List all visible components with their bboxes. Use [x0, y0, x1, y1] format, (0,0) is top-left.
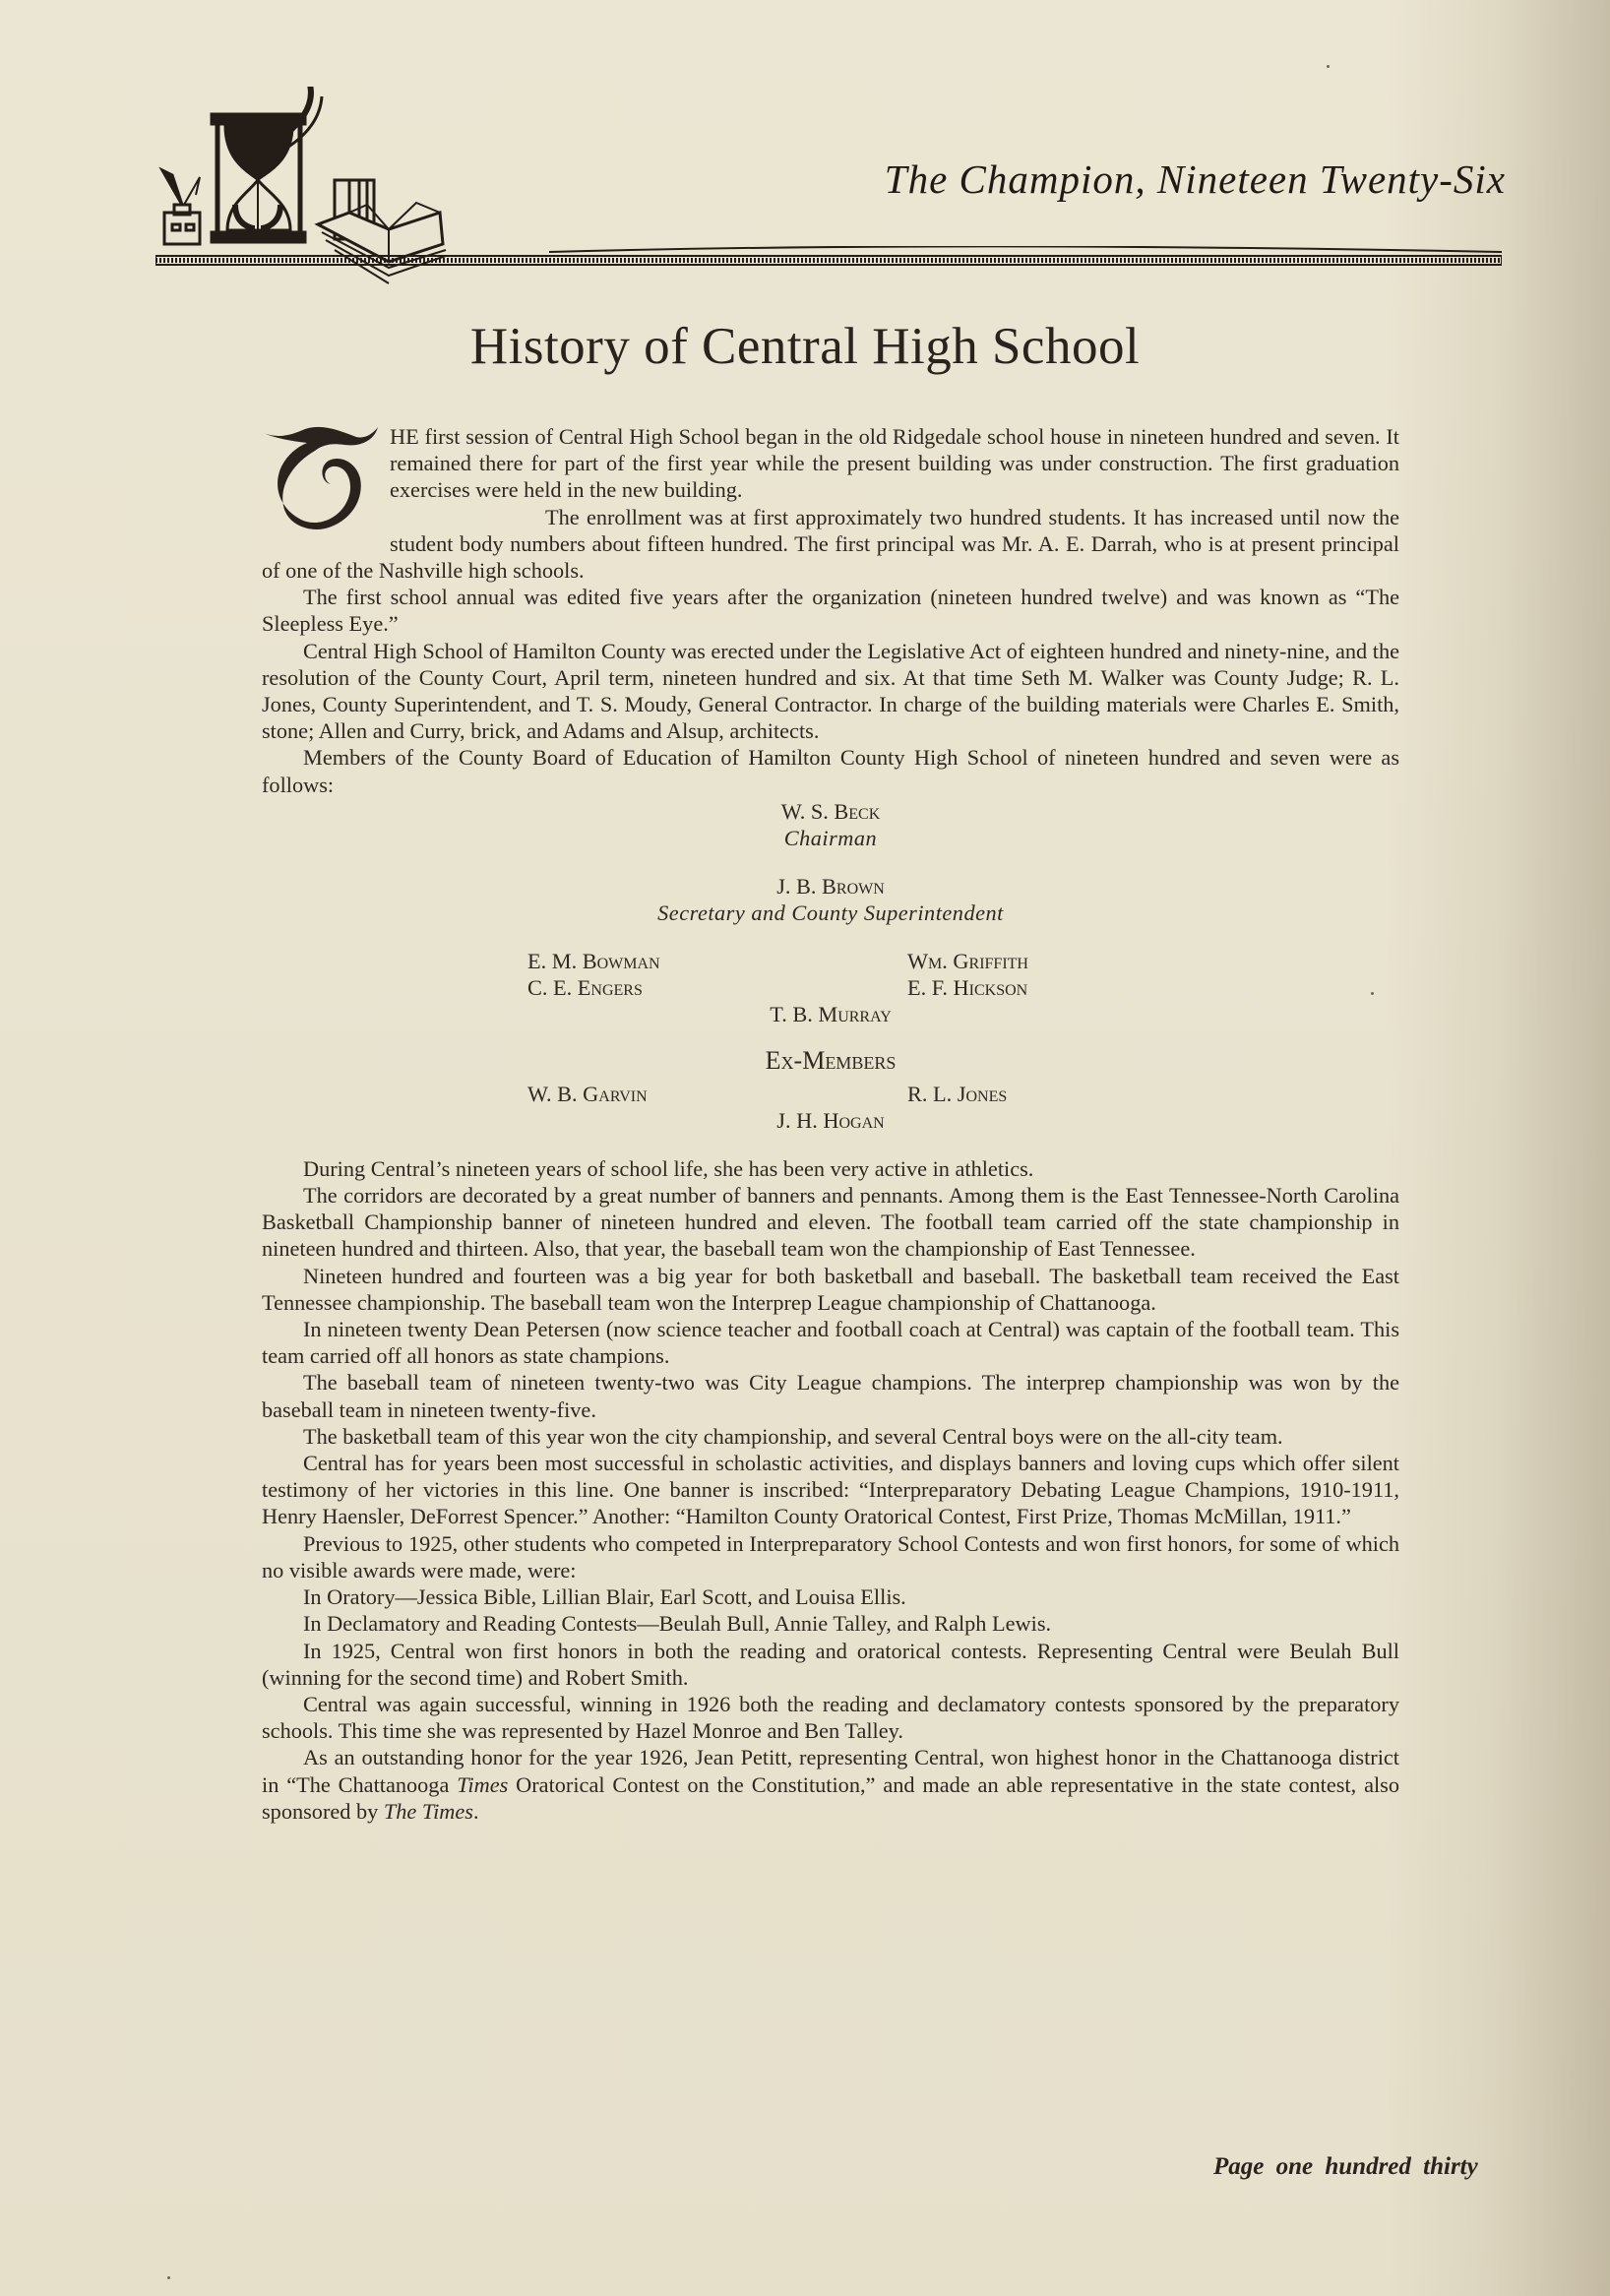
member-name: E. F. Hickson	[907, 974, 1027, 1001]
paragraph: During Central’s nineteen years of schoo…	[262, 1155, 1399, 1182]
paper-speck	[167, 2276, 170, 2279]
paragraph: The first school annual was edited five …	[262, 584, 1399, 637]
paragraph: Previous to 1925, other students who com…	[262, 1530, 1399, 1583]
header-rule-divider	[155, 246, 1502, 270]
member-name: Wm. Griffith	[907, 948, 1028, 974]
paragraph: In 1925, Central won first honors in bot…	[262, 1638, 1399, 1691]
ex-member-name: J. H. Hogan	[262, 1107, 1399, 1134]
scanned-page: The Champion, Nineteen Twenty-Six Histor…	[0, 0, 1610, 2296]
ex-member-name: W. B. Garvin	[527, 1081, 648, 1107]
chairman-role: Chairman	[262, 825, 1399, 851]
secretary-name: J. B. Brown	[262, 873, 1399, 900]
times-italic: Times	[457, 1772, 508, 1797]
member-name: T. B. Murray	[262, 1001, 1399, 1027]
paragraph: Central was again successful, winning in…	[262, 1691, 1399, 1744]
secretary-role: Secretary and County Superintendent	[262, 900, 1399, 926]
paragraph: Nineteen hundred and fourteen was a big …	[262, 1263, 1399, 1316]
board-members-list: W. S. Beck Chairman J. B. Brown Secretar…	[262, 798, 1399, 1155]
paragraph: The enrollment was at first approximatel…	[262, 504, 1399, 585]
member-name: C. E. Engers	[527, 974, 643, 1001]
page-number-footer: Page one hundred thirty	[1213, 2153, 1478, 2181]
paragraph: Members of the County Board of Education…	[262, 744, 1399, 797]
paper-speck	[1371, 992, 1374, 995]
paragraph-final: As an outstanding honor for the year 192…	[262, 1744, 1399, 1825]
decorative-dropcap-t-icon	[262, 425, 380, 535]
paragraph: The basketball team of this year won the…	[262, 1423, 1399, 1450]
paragraph: Central High School of Hamilton County w…	[262, 638, 1399, 745]
paragraph: Central has for years been most successf…	[262, 1450, 1399, 1530]
running-title: The Champion, Nineteen Twenty-Six	[885, 155, 1506, 203]
paragraph: In Oratory—Jessica Bible, Lillian Blair,…	[262, 1583, 1399, 1610]
ex-members-heading: Ex-Members	[262, 1047, 1399, 1074]
ex-member-name: R. L. Jones	[907, 1081, 1007, 1107]
paragraph: The baseball team of nineteen twenty-two…	[262, 1369, 1399, 1422]
paragraph: In nineteen twenty Dean Petersen (now sc…	[262, 1316, 1399, 1369]
page-title: History of Central High School	[0, 317, 1610, 376]
paragraph: The corridors are decorated by a great n…	[262, 1182, 1399, 1263]
member-name: E. M. Bowman	[527, 948, 660, 974]
chairman-name: W. S. Beck	[262, 798, 1399, 825]
paper-speck	[1327, 65, 1330, 68]
paragraph: HE first session of Central High School …	[262, 423, 1399, 504]
article-body: HE first session of Central High School …	[262, 423, 1399, 1825]
the-times-italic: The Times	[384, 1799, 473, 1824]
paragraph: In Declamatory and Reading Contests—Beul…	[262, 1610, 1399, 1637]
